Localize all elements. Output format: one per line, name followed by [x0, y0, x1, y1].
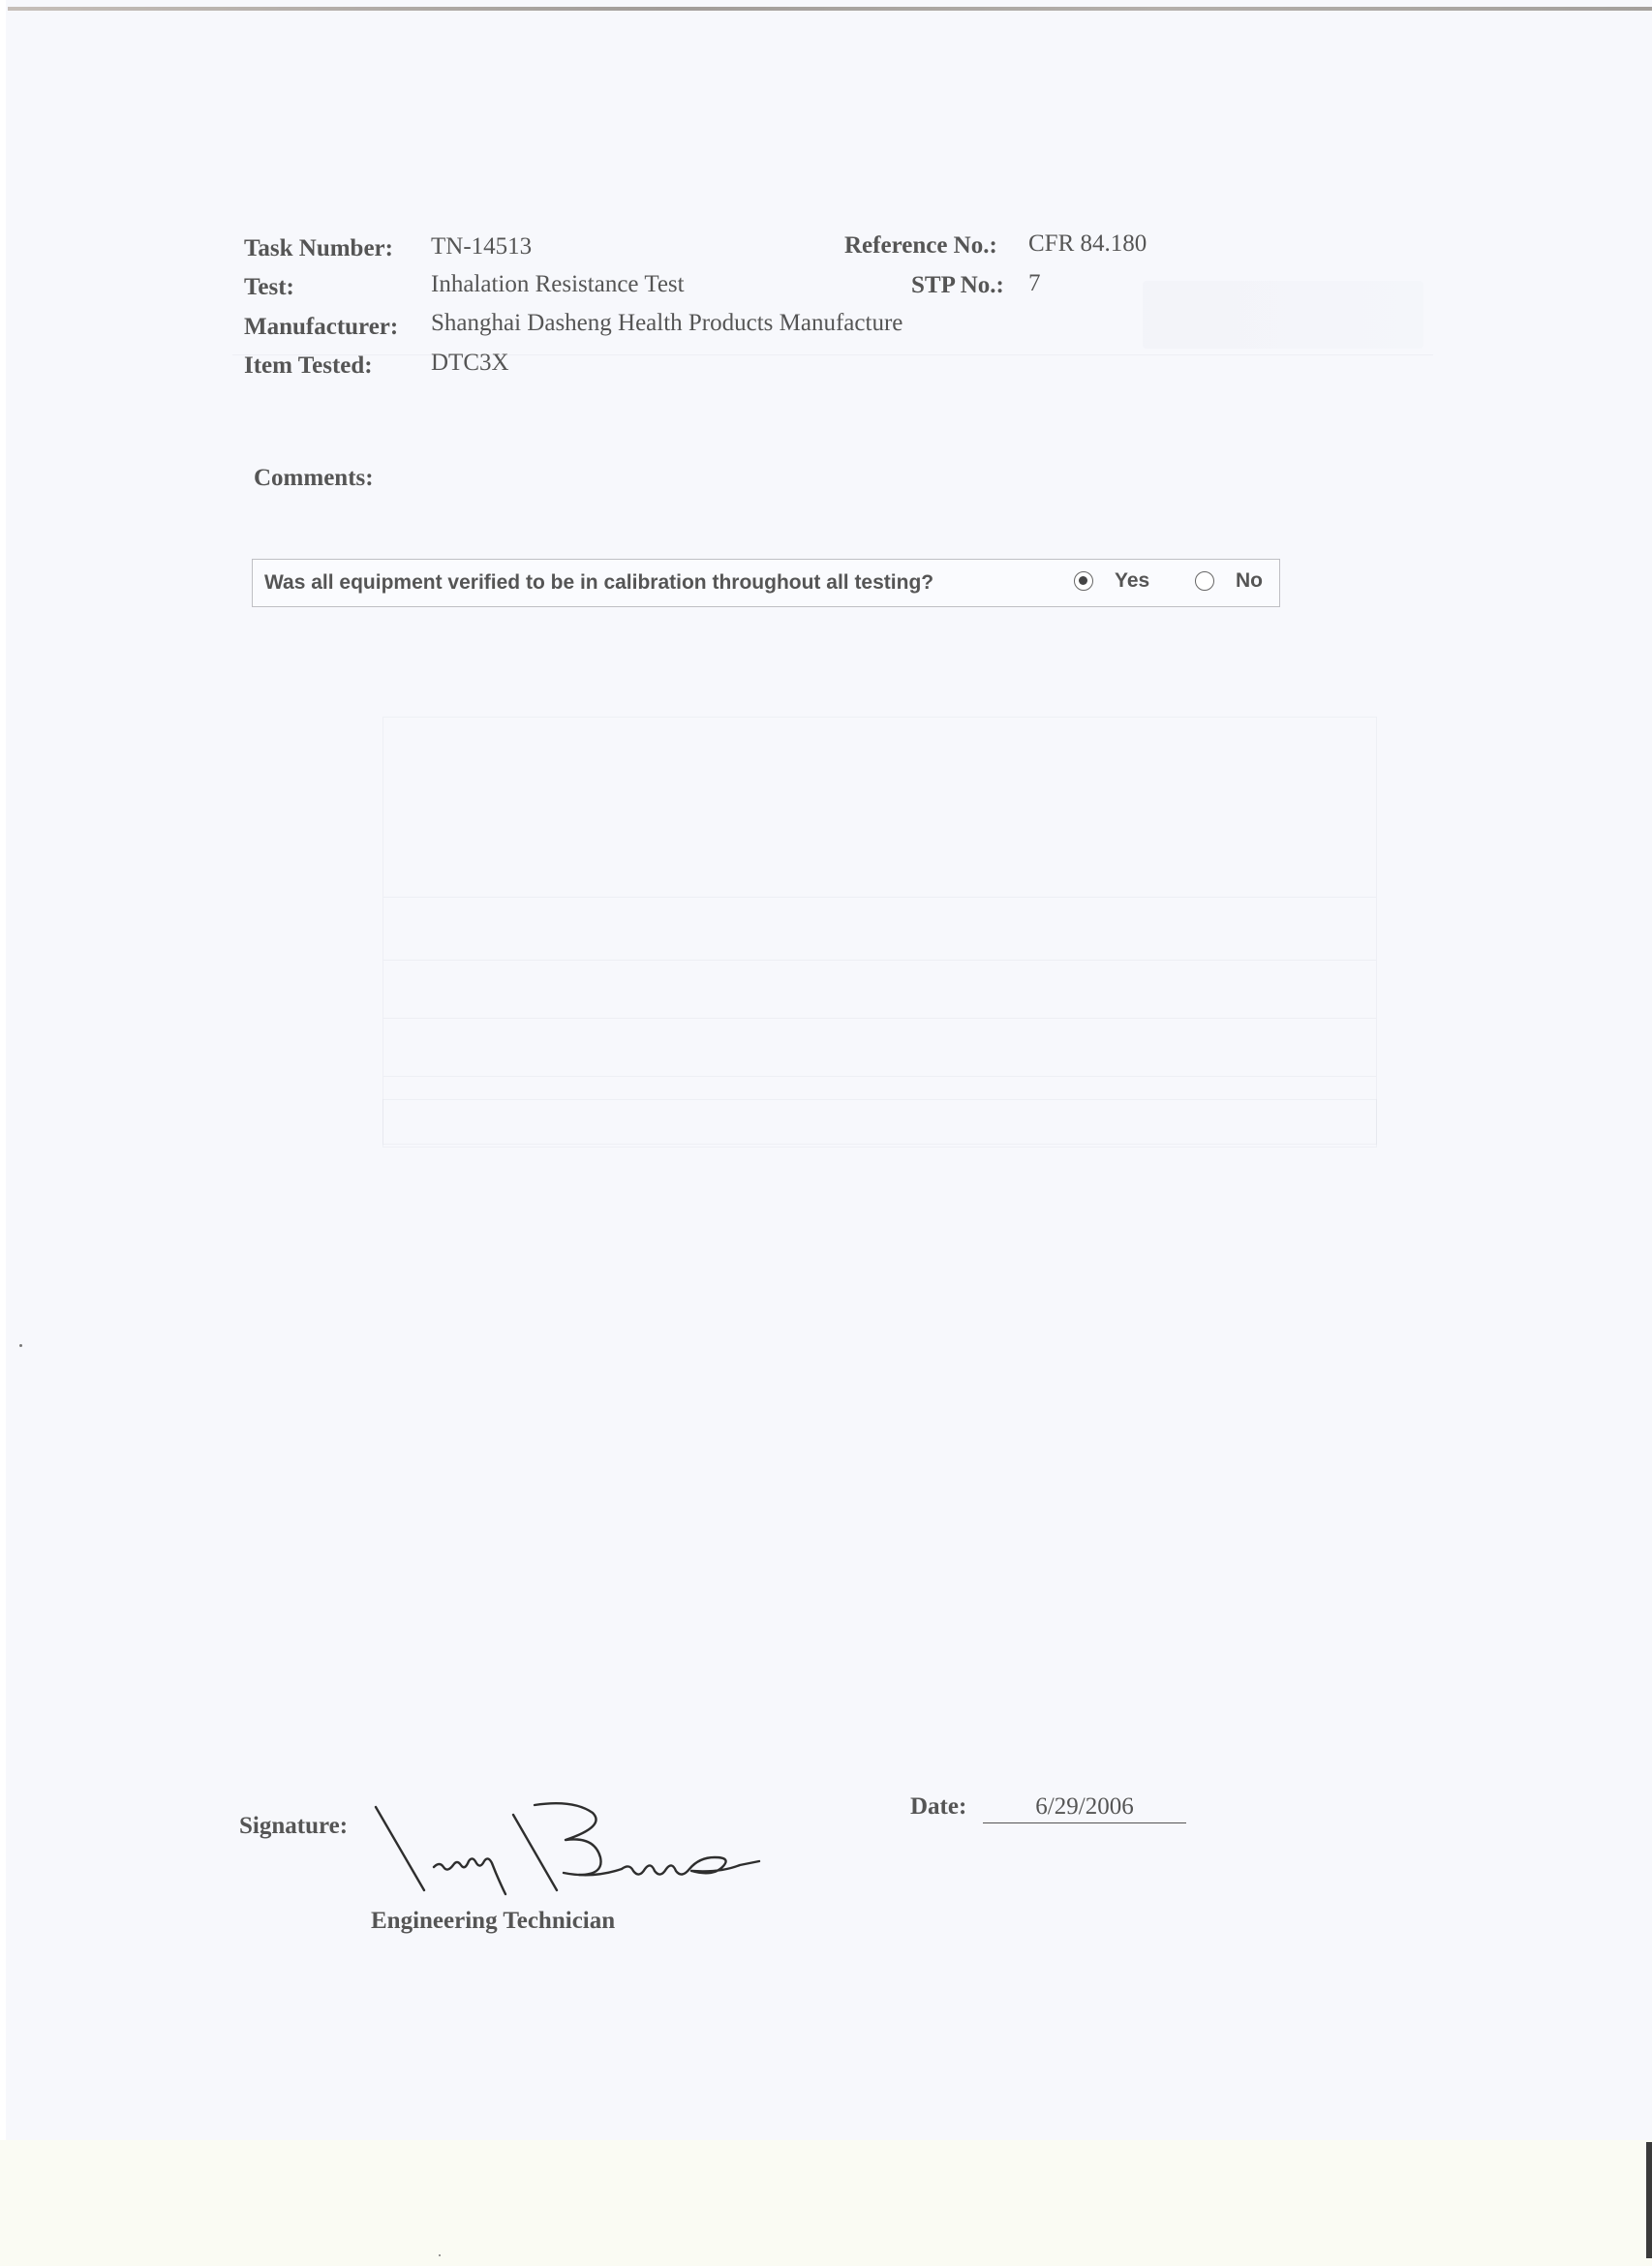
bleedthrough-logo [1143, 281, 1423, 349]
date-label: Date: [910, 1793, 966, 1821]
scan-speck [439, 2254, 441, 2256]
reference-no-label: Reference No.: [844, 232, 997, 260]
task-number-label: Task Number: [244, 235, 393, 262]
scan-right-edge-mark [1646, 2142, 1652, 2258]
bleedthrough-table-footer [382, 1099, 1377, 1148]
scan-top-edge [8, 7, 1652, 11]
bleedthrough-table [382, 717, 1377, 1145]
scan-left-edge [0, 0, 6, 2266]
item-tested-value: DTC3X [431, 350, 509, 377]
signer-title: Engineering Technician [371, 1908, 615, 1935]
scan-speck [19, 1344, 22, 1347]
radio-unchecked-icon[interactable] [1195, 571, 1214, 591]
comments-label: Comments: [254, 465, 374, 492]
calibration-question-text: Was all equipment verified to be in cali… [264, 571, 933, 595]
test-value: Inhalation Resistance Test [431, 271, 685, 298]
stp-no-value: 7 [1028, 270, 1041, 297]
radio-no-label: No [1236, 569, 1263, 593]
manufacturer-label: Manufacturer: [244, 314, 398, 341]
manufacturer-value: Shanghai Dasheng Health Products Manufac… [431, 310, 902, 337]
reference-no-value: CFR 84.180 [1028, 230, 1147, 258]
document-page: Task Number: TN-14513 Reference No.: CFR… [0, 0, 1652, 2266]
handwritten-signature [368, 1801, 910, 1908]
stp-no-label: STP No.: [911, 272, 1004, 299]
radio-no[interactable]: No [1195, 569, 1263, 593]
bleedthrough-rule [232, 354, 1433, 355]
item-tested-label: Item Tested: [244, 352, 373, 380]
calibration-question-box: Was all equipment verified to be in cali… [252, 559, 1280, 607]
scan-bottom-strip [0, 2140, 1652, 2266]
radio-checked-icon[interactable] [1074, 571, 1093, 591]
test-label: Test: [244, 274, 294, 301]
signature-label: Signature: [239, 1813, 348, 1840]
radio-yes[interactable]: Yes [1074, 569, 1149, 593]
date-value: 6/29/2006 [983, 1793, 1186, 1823]
radio-yes-label: Yes [1115, 569, 1149, 593]
task-number-value: TN-14513 [431, 233, 532, 260]
